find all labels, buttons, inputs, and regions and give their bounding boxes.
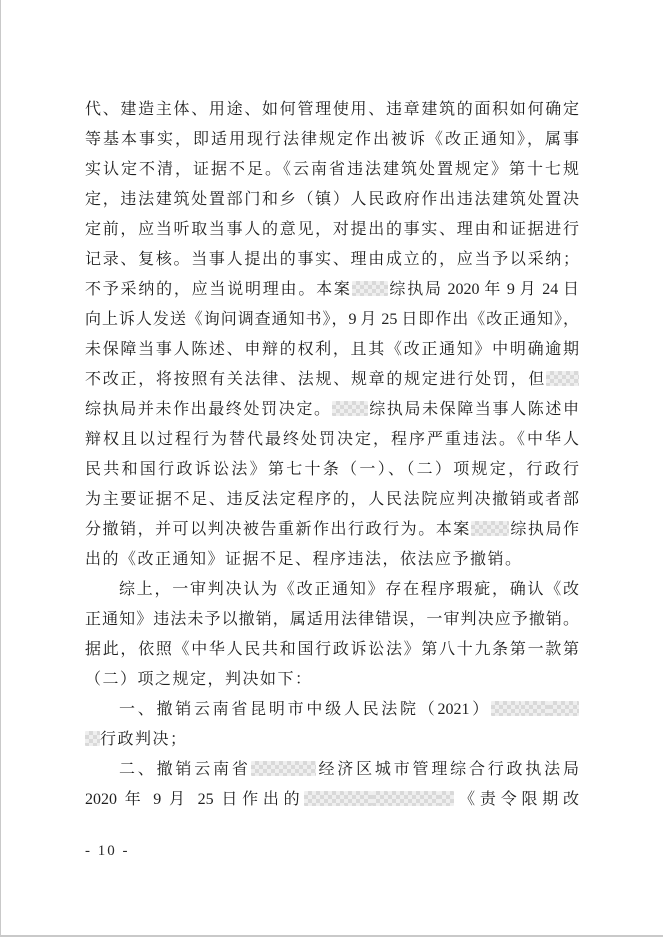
redacted-text bbox=[352, 281, 388, 296]
text-segment: 《责令限期改 bbox=[454, 791, 579, 808]
text-line: 不改正，将按照有关法律、法规、规章的规定进行处罚，但 bbox=[85, 365, 579, 395]
redacted-text bbox=[332, 401, 368, 416]
text-segment: 定前，应当听取当事人的意见，对提出的事实、理由和证据进行 bbox=[85, 221, 579, 238]
text-line: 代、建造主体、用途、如何管理使用、违章建筑的面积如何确定 bbox=[85, 95, 579, 125]
text-segment: 行政判决； bbox=[100, 731, 188, 748]
text-line: 2020 年 9 月 25 日作出的《责令限期改 bbox=[85, 785, 579, 815]
redacted-text bbox=[388, 791, 438, 806]
text-segment: 综上，一审判决认为《改正通知》存在程序瑕疵，确认《改 bbox=[119, 581, 579, 598]
text-line: 综执局并未作出最终处罚决定。综执局未保障当事人陈述申 bbox=[85, 395, 579, 425]
text-segment: 为主要证据不足、违反法定程序的，人民法院应判决撤销或者部 bbox=[85, 491, 579, 508]
text-segment: 不改正，将按照有关法律、法规、规章的规定进行处罚，但 bbox=[85, 371, 546, 388]
text-segment: 综执局作 bbox=[509, 521, 579, 538]
redacted-text bbox=[471, 521, 509, 536]
text-segment: 民共和国行政诉讼法》第七十条（一）、（二）项规定，行政行 bbox=[85, 461, 579, 478]
text-line: 定前，应当听取当事人的意见，对提出的事实、理由和证据进行 bbox=[85, 215, 579, 245]
text-segment: 辩权且以过程行为替代最终处罚决定，程序严重违法。《中华人 bbox=[85, 431, 579, 448]
text-segment: 综执局未保障当事人陈述申 bbox=[368, 401, 579, 418]
text-line: 行政判决； bbox=[85, 725, 579, 755]
text-line: 向上诉人发送《询问调查通知书》，9 月 25 日即作出《改正通知》， bbox=[85, 305, 579, 335]
redacted-text bbox=[251, 761, 316, 776]
text-line: 记录、复核。当事人提出的事实、理由成立的，应当予以采纳； bbox=[85, 245, 579, 275]
redacted-text bbox=[549, 701, 579, 716]
body-text: 代、建造主体、用途、如何管理使用、违章建筑的面积如何确定等基本事实，即适用现行法… bbox=[85, 95, 579, 815]
text-line: 民共和国行政诉讼法》第七十条（一）、（二）项规定，行政行 bbox=[85, 455, 579, 485]
text-segment: 不予采纳的，应当说明理由。本案 bbox=[85, 281, 352, 298]
text-line: 分撤销，并可以判决被告重新作出行政行为。本案综执局作 bbox=[85, 515, 579, 545]
text-line: 实认定不清，证据不足。《云南省违法建筑处置规定》第十七规 bbox=[85, 155, 579, 185]
text-line: 等基本事实，即适用现行法律规定作出被诉《改正通知》，属事 bbox=[85, 125, 579, 155]
redacted-text bbox=[372, 791, 388, 806]
text-segment: 未保障当事人陈述、申辩的权利，且其《改正通知》中明确逾期 bbox=[85, 341, 579, 358]
text-segment: 代、建造主体、用途、如何管理使用、违章建筑的面积如何确定 bbox=[85, 101, 579, 118]
text-line: 二、撤销云南省经济区城市管理综合行政执法局 bbox=[85, 755, 579, 785]
text-segment: 一、撤销云南省昆明市中级人民法院（2021） bbox=[119, 701, 491, 718]
text-line: 定，违法建筑处置部门和乡（镇）人民政府作出违法建筑处置决 bbox=[85, 185, 579, 215]
page-number: - 10 - bbox=[85, 843, 130, 860]
text-segment: 2020 年 9 月 25 日作出的 bbox=[85, 791, 304, 808]
text-segment: 综执局 2020 年 9 月 24 日 bbox=[388, 281, 579, 298]
text-segment: 等基本事实，即适用现行法律规定作出被诉《改正通知》，属事 bbox=[85, 131, 579, 148]
text-segment: 分撤销，并可以判决被告重新作出行政行为。本案 bbox=[85, 521, 471, 538]
text-segment: 二、撤销云南省 bbox=[119, 761, 251, 778]
text-segment: 据此，依照《中华人民共和国行政诉讼法》第八十九条第一款第 bbox=[85, 641, 579, 658]
text-segment: 记录、复核。当事人提出的事实、理由成立的，应当予以采纳； bbox=[85, 251, 579, 268]
text-segment: 综执局并未作出最终处罚决定。 bbox=[85, 401, 332, 418]
text-line: 为主要证据不足、违反法定程序的，人民法院应判决撤销或者部 bbox=[85, 485, 579, 515]
text-segment: 正通知》违法未予以撤销，属适用法律错误，一审判决应予撤销。 bbox=[85, 611, 579, 628]
text-segment: 向上诉人发送《询问调查通知书》，9 月 25 日即作出《改正通知》， bbox=[85, 311, 579, 328]
text-line: 综上，一审判决认为《改正通知》存在程序瑕疵，确认《改 bbox=[85, 575, 579, 605]
redacted-text bbox=[344, 791, 372, 806]
text-line: 辩权且以过程行为替代最终处罚决定，程序严重违法。《中华人 bbox=[85, 425, 579, 455]
text-segment: 定，违法建筑处置部门和乡（镇）人民政府作出违法建筑处置决 bbox=[85, 191, 579, 208]
redacted-text bbox=[521, 701, 549, 716]
redacted-text bbox=[491, 701, 521, 716]
text-line: （二）项之规定，判决如下： bbox=[85, 665, 579, 695]
text-line: 正通知》违法未予以撤销，属适用法律错误，一审判决应予撤销。 bbox=[85, 605, 579, 635]
redacted-text bbox=[546, 371, 579, 386]
text-segment: （二）项之规定，判决如下： bbox=[85, 671, 313, 688]
redacted-text bbox=[85, 731, 100, 746]
text-line: 出的《改正通知》证据不足、程序违法，依法应予撤销。 bbox=[85, 545, 579, 575]
text-segment: 出的《改正通知》证据不足、程序违法，依法应予撤销。 bbox=[85, 551, 523, 568]
text-line: 不予采纳的，应当说明理由。本案综执局 2020 年 9 月 24 日 bbox=[85, 275, 579, 305]
redacted-text bbox=[438, 791, 454, 806]
text-line: 据此，依照《中华人民共和国行政诉讼法》第八十九条第一款第 bbox=[85, 635, 579, 665]
document-page: 代、建造主体、用途、如何管理使用、违章建筑的面积如何确定等基本事实，即适用现行法… bbox=[0, 0, 663, 937]
text-line: 未保障当事人陈述、申辩的权利，且其《改正通知》中明确逾期 bbox=[85, 335, 579, 365]
text-segment: 实认定不清，证据不足。《云南省违法建筑处置规定》第十七规 bbox=[85, 161, 579, 178]
redacted-text bbox=[304, 791, 344, 806]
text-line: 一、撤销云南省昆明市中级人民法院（2021） bbox=[85, 695, 579, 725]
text-segment: 经济区城市管理综合行政执法局 bbox=[316, 761, 579, 778]
